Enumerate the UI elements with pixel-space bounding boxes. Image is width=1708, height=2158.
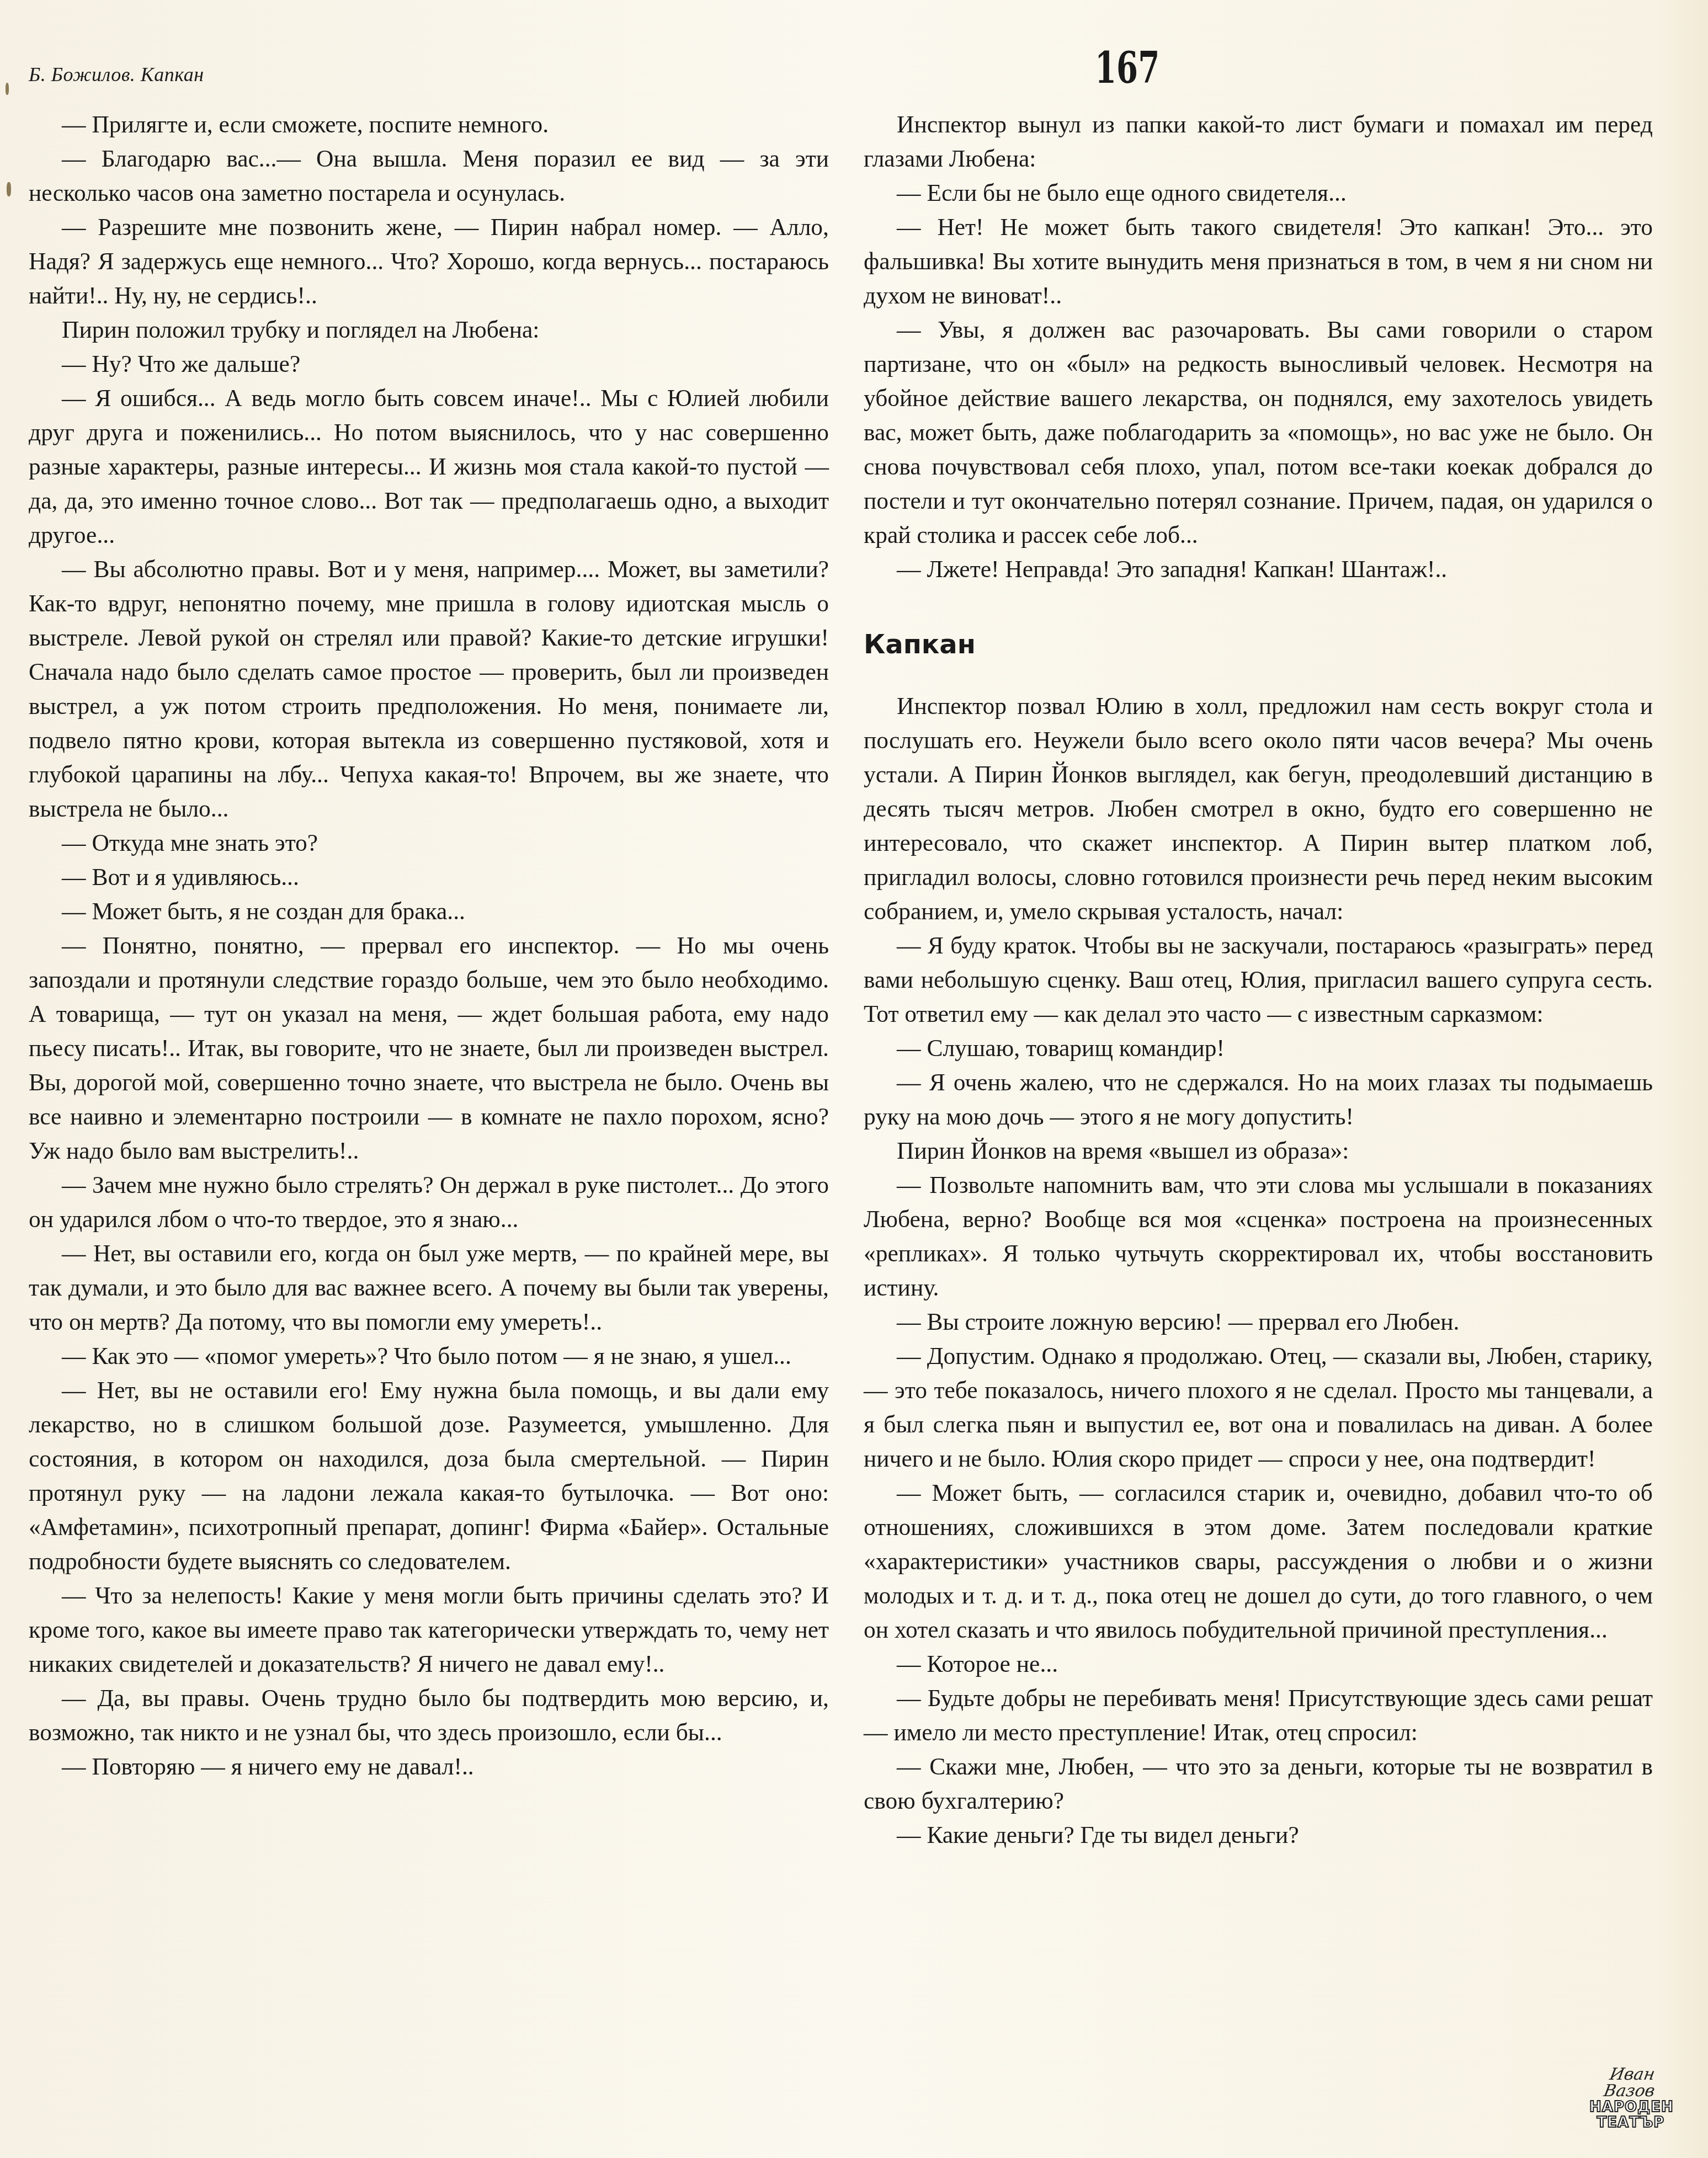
paragraph: — Да, вы правы. Очень трудно было бы под… — [29, 1681, 829, 1750]
paragraph: — Что за нелепость! Какие у меня могли б… — [29, 1579, 829, 1681]
paragraph: Инспектор вынул из папки какой-то лист б… — [864, 108, 1653, 176]
paragraph: Пирин положил трубку и поглядел на Любен… — [29, 313, 829, 347]
paragraph: — Вот и я удивляюсь... — [29, 860, 829, 894]
paragraph: — Лжете! Неправда! Это западня! Капкан! … — [864, 552, 1653, 587]
paragraph: — Какие деньги? Где ты видел деньги? — [864, 1818, 1653, 1852]
paragraph: — Скажи мне, Любен, — что это за деньги,… — [864, 1750, 1653, 1818]
paragraph: — Нет! Не может быть такого свидетеля! Э… — [864, 210, 1653, 313]
paragraph: — Прилягте и, если сможете, поспите немн… — [29, 108, 829, 142]
book-page: Б. Божилов. Капкан 167 — Прилягте и, есл… — [0, 0, 1708, 2158]
paragraph: — Будьте добры не перебивать меня! Прису… — [864, 1681, 1653, 1750]
paragraph: — Если бы не было еще одного свидетеля..… — [864, 176, 1653, 210]
paragraph: — Я буду краток. Чтобы вы не заскучали, … — [864, 929, 1653, 1031]
paragraph: — Повторяю — я ничего ему не давал!.. — [29, 1750, 829, 1784]
logo-signature: Иван Вазов — [1587, 2066, 1675, 2100]
paragraph: — Благодарю вас...— Она вышла. Меня пора… — [29, 142, 829, 210]
paragraph: — Слушаю, товарищ командир! — [864, 1031, 1653, 1065]
paragraph: — Позвольте напомнить вам, что эти слова… — [864, 1168, 1653, 1305]
section-heading: Капкан — [864, 627, 1653, 662]
scan-speck — [6, 83, 9, 95]
paragraph: — Откуда мне знать это? — [29, 826, 829, 860]
page-number: 167 — [1095, 43, 1159, 93]
paragraph: — Может быть, — согласился старик и, оче… — [864, 1476, 1653, 1647]
right-column: Инспектор вынул из папки какой-то лист б… — [864, 108, 1653, 1852]
paragraph: Инспектор позвал Юлию в холл, предложил … — [864, 689, 1653, 929]
paragraph: — Увы, я должен вас разочаровать. Вы сам… — [864, 313, 1653, 552]
paragraph: — Нет, вы оставили его, когда он был уже… — [29, 1237, 829, 1339]
paragraph: — Я очень жалею, что не сдержался. Но на… — [864, 1065, 1653, 1134]
paragraph: — Нет, вы не оставили его! Ему нужна был… — [29, 1373, 829, 1579]
left-column: — Прилягте и, если сможете, поспите немн… — [29, 108, 829, 1784]
logo-line2: ТЕАТЪР — [1589, 2115, 1672, 2130]
national-theatre-logo: Иван Вазов НАРОДЕН ТЕАТЪР — [1589, 2066, 1672, 2130]
paragraph: — Может быть, я не создан для брака... — [29, 894, 829, 929]
paragraph: Пирин Йонков на время «вышел из образа»: — [864, 1134, 1653, 1168]
right-column-before-heading: Инспектор вынул из папки какой-то лист б… — [864, 108, 1653, 587]
paragraph: — Которое не... — [864, 1647, 1653, 1681]
paragraph: — Вы строите ложную версию! — прервал ег… — [864, 1305, 1653, 1339]
paragraph: — Разрешите мне позвонить жене, — Пирин … — [29, 210, 829, 313]
scan-speck — [7, 182, 11, 196]
right-column-after-heading: Инспектор позвал Юлию в холл, предложил … — [864, 689, 1653, 1852]
paragraph: — Понятно, понятно, — прервал его инспек… — [29, 929, 829, 1168]
paragraph: — Допустим. Однако я продолжаю. Отец, — … — [864, 1339, 1653, 1476]
logo-line1: НАРОДЕН — [1589, 2100, 1672, 2115]
paragraph: — Как это — «помог умереть»? Что было по… — [29, 1339, 829, 1373]
paragraph: — Зачем мне нужно было стрелять? Он держ… — [29, 1168, 829, 1237]
paragraph: — Я ошибся... А ведь могло быть совсем и… — [29, 381, 829, 552]
paragraph: — Вы абсолютно правы. Вот и у меня, напр… — [29, 552, 829, 826]
running-head: Б. Божилов. Капкан — [29, 63, 204, 86]
paragraph: — Ну? Что же дальше? — [29, 347, 829, 381]
